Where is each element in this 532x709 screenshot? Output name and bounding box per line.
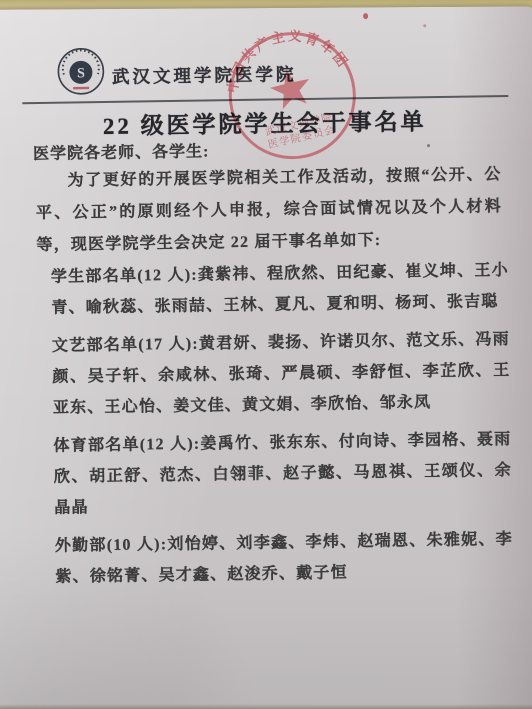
emblem-red-mark [73,87,89,90]
section-field-dept: 外勤部(10 人):刘怡婷、刘李鑫、李炜、赵瑞恩、朱雅妮、李紫、徐铭菁、吴才鑫、… [55,524,514,593]
salutation: 医学院各老师、各学生: [33,138,210,164]
emblem-glyph: S [77,66,85,81]
section-student-dept: 学生部名单(12 人):龚紫祎、程欣然、田纪豪、崔义坤、王小青、喻秋蕊、张雨喆、… [51,255,510,324]
intro-paragraph: 为了更好的开展医学院相关工作及活动，按照“公开、公平、公正”的原则经个人申报，综… [35,159,502,262]
section-arts-dept: 文艺部名单(17 人):黄君妍、裴扬、许诺贝尔、范文乐、冯雨颜、吴子轩、余咸林、… [52,324,511,424]
section-label: 外勤部(10 人): [55,536,168,555]
section-label: 学生部名单(12 人): [51,267,198,286]
stamp-star-icon [267,65,314,111]
photo-of-document: { "photo": { "desk_color": "#c6ba87", "p… [0,0,532,709]
section-sports-dept: 体育部名单(12 人):姜禹竹、张东东、付向诗、李园格、聂雨欣、胡正舒、范杰、白… [53,424,512,524]
youth-league-stamp-icon: 中国共产主义青年团 武汉文理学院 医学院委员会 [210,11,378,179]
document-content: S 武汉文理学院医学院 22 级医学院学生会干事名单 医学院各老师、各学生: 为… [0,0,532,709]
roster-sections: 学生部名单(12 人):龚紫祎、程欣然、田纪豪、崔义坤、王小青、喻秋蕊、张雨喆、… [51,255,514,600]
section-label: 体育部名单(12 人): [53,436,200,455]
ink-speck [328,45,331,49]
ink-speck [423,24,426,27]
ink-speck [427,144,430,147]
school-emblem-icon: S [56,46,107,97]
ink-speck [363,13,368,19]
paper-bottom-shadow [0,704,532,709]
section-label: 文艺部名单(17 人): [52,336,199,355]
